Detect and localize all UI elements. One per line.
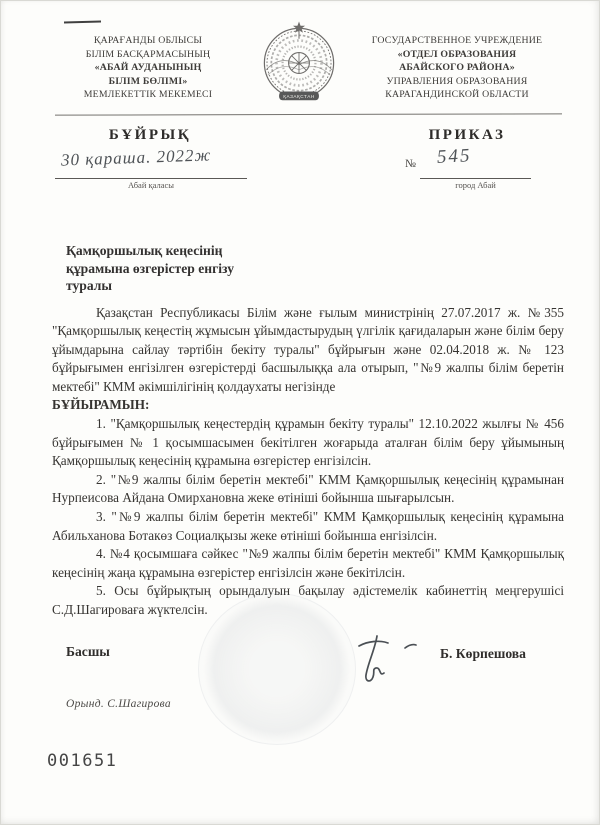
order-body: Қазақстан Республикасы Білім және ғылым … [52,304,564,620]
city-caption-russian: город Абай [420,180,531,190]
signer-role: Басшы [66,644,110,660]
subject-line: құрамына өзгерістер енгізу [66,260,324,278]
handwritten-number: 545 [436,145,472,169]
executor-note: Орынд. С.Шагирова [66,698,171,710]
number-label: № [405,158,416,170]
org-left-line: БІЛІМ БАСҚАРМАСЫНЫҢ [42,48,254,62]
intro-paragraph: Қазақстан Республикасы Білім және ғылым … [52,304,564,397]
org-right-line: АБАЙСКОГО РАЙОНА» [344,61,570,75]
order-title-kazakh: БҰЙРЫҚ [0,127,300,144]
order-word: БҰЙЫРАМЫН: [52,396,564,415]
number-field: № 545 город Абай [405,150,531,198]
subject-line: туралы [66,277,324,295]
org-name-kazakh: ҚАРАҒАНДЫ ОБЛЫСЫ БІЛІМ БАСҚАРМАСЫНЫҢ «АБ… [42,18,254,102]
header-divider [55,113,562,115]
handwritten-date: 30 қараша. 2022ж [61,145,212,170]
scanned-order-document: ҚАРАҒАНДЫ ОБЛЫСЫ БІЛІМ БАСҚАРМАСЫНЫҢ «АБ… [0,0,600,825]
order-titles: БҰЙРЫҚ ПРИКАЗ [0,127,600,144]
date-number-row: 30 қараша. 2022ж Абай қаласы № 545 город… [0,150,600,198]
org-left-line: ҚАРАҒАНДЫ ОБЛЫСЫ [42,34,254,48]
signature-row: Басшы Б. Көрпешова [0,632,600,696]
kazakhstan-coat-of-arms-icon: ҚАЗАҚСТАН [255,18,343,108]
order-item-2: 2. "№9 жалпы білім беретін мектебі" КММ … [52,471,564,508]
org-left-line: БІЛІМ БӨЛІМІ» [42,75,254,89]
order-item-3: 3. "№9 жалпы білім беретін мектебі" КММ … [52,508,564,545]
order-subject: Қамқоршылық кеңесінің құрамына өзгерісте… [66,242,324,295]
order-item-4: 4. №4 қосымшаға сәйкес "№9 жалпы білім б… [52,545,564,582]
emblem-banner-text: ҚАЗАҚСТАН [283,94,314,99]
subject-line: Қамқоршылық кеңесінің [66,242,324,260]
city-caption-kazakh: Абай қаласы [55,180,247,190]
date-underline [55,178,247,179]
org-left-line: «АБАЙ АУДАНЫНЫҢ [42,61,254,75]
org-right-line: ГОСУДАРСТВЕННОЕ УЧРЕЖДЕНИЕ [344,34,570,48]
org-left-line: МЕМЛЕКЕТТІК МЕКЕМЕСІ [42,88,254,102]
org-right-line: «ОТДЕЛ ОБРАЗОВАНИЯ [344,48,570,62]
number-underline [420,178,531,179]
document-header: ҚАРАҒАНДЫ ОБЛЫСЫ БІЛІМ БАСҚАРМАСЫНЫҢ «АБ… [0,0,600,108]
org-right-line: УПРАВЛЕНИЯ ОБРАЗОВАНИЯ [344,75,570,89]
org-name-russian: ГОСУДАРСТВЕННОЕ УЧРЕЖДЕНИЕ «ОТДЕЛ ОБРАЗО… [344,18,570,102]
signer-name: Б. Көрпешова [440,646,526,662]
signature-scribble [350,632,426,695]
date-field: 30 қараша. 2022ж Абай қаласы [55,150,247,198]
order-title-russian: ПРИКАЗ [300,127,600,144]
order-item-1: 1. "Қамқоршылық кеңестердің құрамын бекі… [52,415,564,471]
org-right-line: КАРАГАНДИНСКОЙ ОБЛАСТИ [344,88,570,102]
document-registration-code: 001651 [47,751,117,771]
